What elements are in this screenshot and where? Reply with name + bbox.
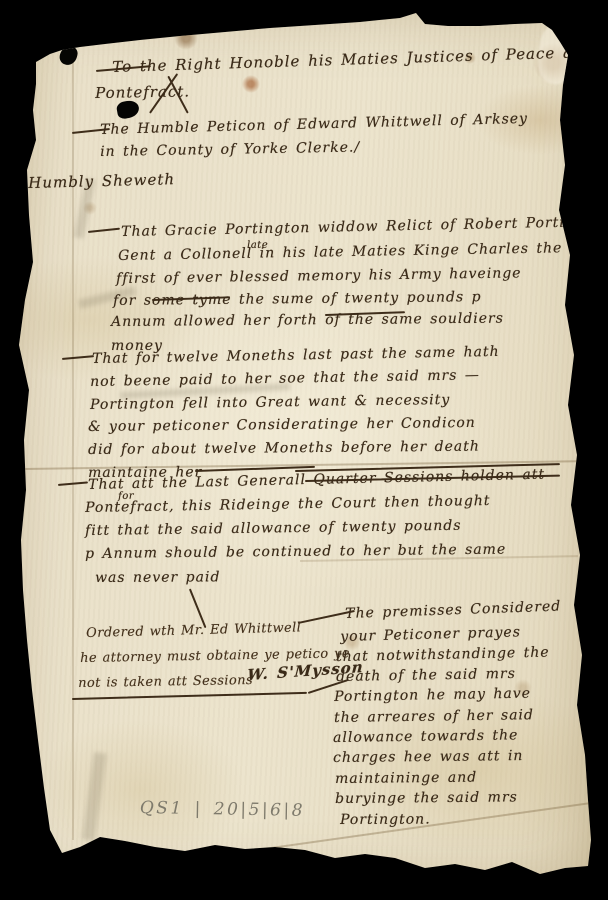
salutation: Humbly Sheweth (28, 170, 175, 192)
interlinear-word: for (118, 491, 134, 502)
prayer-line: buryinge the said mrs (335, 789, 518, 807)
body-line: was never paid (95, 569, 220, 586)
prayer-line: charges hee was att in (333, 748, 523, 766)
prayer-line: the arreares of her said (334, 707, 534, 726)
prayer-line: death of the said mrs (336, 666, 516, 685)
prayer-line: Portington. (340, 812, 431, 828)
archive-reference-pencil: QS1 | 20|5|6|8 (140, 798, 306, 821)
heading-line: Pontefract. (95, 82, 190, 102)
clerk-note-line: not is taken att Sessions (78, 673, 253, 691)
interlinear-word: late (247, 240, 268, 251)
prayer-line: maintaininge and (335, 770, 477, 787)
body-line: Annum allowed her forth of the same soul… (111, 311, 504, 330)
body-line: did for about twelve Moneths before her … (88, 439, 480, 458)
prayer-line: allowance towards the (333, 727, 518, 746)
manuscript-paper: To the Right Honoble his Maties Justices… (0, 0, 608, 900)
manuscript-photo: To the Right Honoble his Maties Justices… (0, 0, 608, 900)
